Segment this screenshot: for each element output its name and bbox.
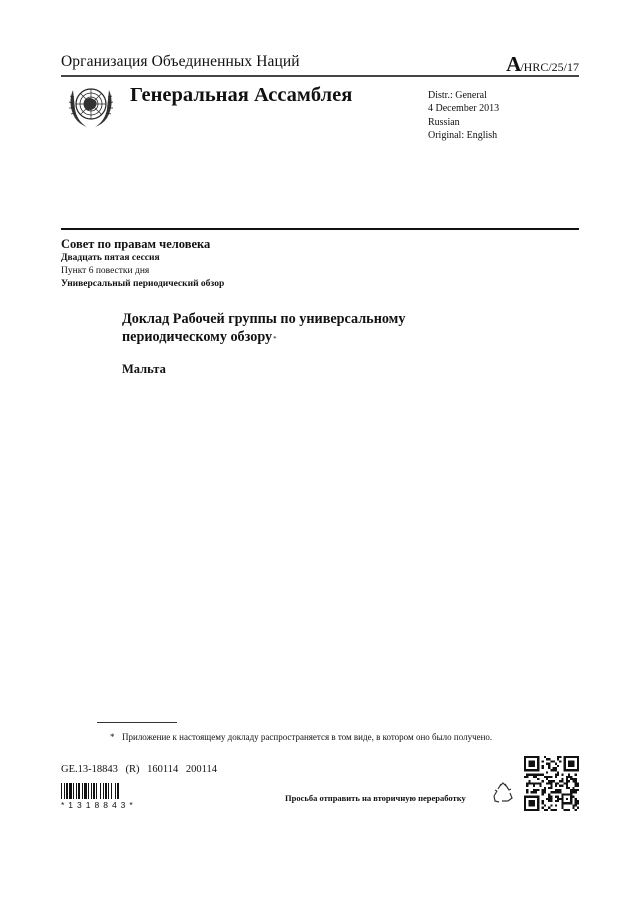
recycle-icon xyxy=(491,781,515,805)
footnote-mark: * xyxy=(110,731,115,744)
footnote-rule xyxy=(97,722,177,723)
document-title: Доклад Рабочей группы по универсальному … xyxy=(122,310,482,346)
organization-name: Организация Объединенных Наций xyxy=(61,53,300,71)
agenda-item: Пункт 6 повестки дня xyxy=(61,266,149,276)
title-line-2: периодическому обзору* xyxy=(122,328,482,346)
footnote-reference: * xyxy=(273,335,277,343)
section-rule xyxy=(61,228,579,230)
header-rule xyxy=(61,75,579,77)
qr-code-icon xyxy=(524,756,579,811)
session-name: Двадцать пятая сессия xyxy=(61,253,160,263)
council-name: Совет по правам человека xyxy=(61,237,210,252)
language-line: Russian xyxy=(428,116,499,129)
title-line-1: Доклад Рабочей группы по универсальному xyxy=(122,310,482,328)
job-number: GE.13-18843 (R) 160114 200114 xyxy=(61,764,217,775)
footnote-text: Приложение к настоящему докладу распрост… xyxy=(110,731,530,744)
original-line: Original: English xyxy=(428,129,499,142)
country-name: Мальта xyxy=(122,362,166,377)
distr-line: Distr.: General xyxy=(428,89,499,102)
un-emblem-icon xyxy=(64,80,118,132)
date-line: 4 December 2013 xyxy=(428,102,499,115)
symbol-prefix: A xyxy=(506,52,520,76)
recycle-text: Просьба отправить на вторичную переработ… xyxy=(285,793,466,803)
distribution-block: Distr.: General 4 December 2013 Russian … xyxy=(428,89,499,143)
review-topic: Универсальный периодический обзор xyxy=(61,279,224,289)
symbol-rest: /HRC/25/17 xyxy=(520,60,579,74)
document-symbol: A/HRC/25/17 xyxy=(506,52,579,77)
assembly-name: Генеральная Ассамблея xyxy=(130,84,352,107)
footnote: * Приложение к настоящему докладу распро… xyxy=(110,731,530,744)
barcode-number: *1318843* xyxy=(61,800,137,810)
barcode-icon xyxy=(61,783,147,799)
